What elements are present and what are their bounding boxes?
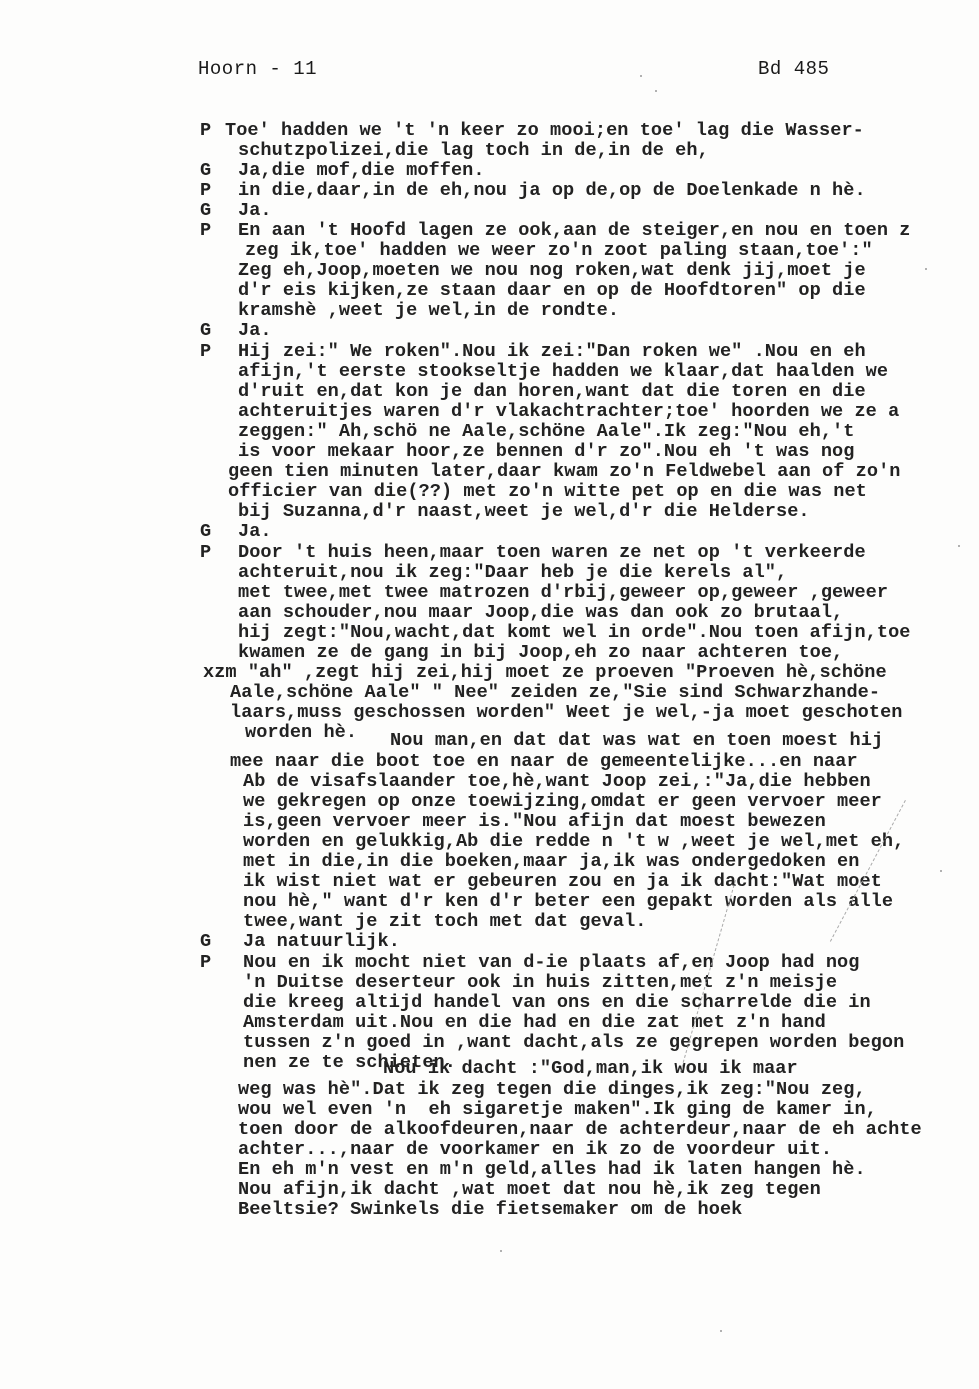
transcript-line: Door 't huis heen,maar toen waren ze net… (238, 543, 866, 563)
transcript-line: Ja. (238, 522, 272, 542)
speaker-marker: P (200, 221, 211, 241)
transcript-line: tussen z'n goed in ,want dacht,als ze ge… (243, 1033, 904, 1053)
transcript-line: geen tien minuten later,daar kwam zo'n F… (228, 462, 900, 482)
transcript-line: Zeg eh,Joop,moeten we nou nog roken,wat … (238, 261, 866, 281)
transcript-line: aan schouder,nou maar Joop,die was dan o… (238, 603, 843, 623)
transcript-line: Ja. (238, 321, 272, 341)
transcript-line: d'r eis kijken,ze staan daar en op de Ho… (238, 281, 866, 301)
transcript-line: kramshè ,weet je wel,in de rondte. (238, 301, 619, 321)
speaker-marker: G (200, 201, 211, 221)
transcript-line: is,geen vervoer meer is."Nou afijn dat m… (243, 812, 826, 832)
transcript-line: 'n Duitse deserteur ook in huis zitten,m… (243, 973, 837, 993)
transcript-line: laars,muss geschossen worden" Weet je we… (230, 703, 902, 723)
transcript-line: xzm "ah" ,zegt hij zei,hij moet ze proev… (203, 663, 887, 683)
speaker-marker: P (200, 342, 211, 362)
transcript-line: achter...,naar de voorkamer en ik zo de … (238, 1140, 832, 1160)
transcript-line: nou hè," want d'r ken d'r beter een gepa… (243, 892, 893, 912)
transcript-line: worden en gelukkig,Ab die redde n 't w ,… (243, 832, 904, 852)
transcript-line: zeggen:" Ah,schö ne Aale,schöne Aale".Ik… (238, 422, 854, 442)
transcript-line: achteruit,nou ik zeg:"Daar heb je die ke… (238, 563, 787, 583)
transcript-line: in die,daar,in de eh,nou ja op de,op de … (238, 181, 866, 201)
speaker-marker: P (200, 121, 211, 141)
transcript-line: hij zegt:"Nou,wacht,dat komt wel in orde… (238, 623, 910, 643)
transcript-line: Nou man,en dat dat was wat en toen moest… (390, 731, 883, 751)
speaker-marker: P (200, 181, 211, 201)
transcript-line: Nou en ik mocht niet van d-ie plaats af,… (243, 953, 859, 973)
speaker-marker: P (200, 953, 211, 973)
typewritten-transcript-page: Hoorn - 11 Bd 485 PGPGPGPGPGP Toe' hadde… (0, 0, 979, 1389)
transcript-line: Ab de visafslaander toe,hè,want Joop zei… (243, 772, 871, 792)
transcript-line: toen door de alkoofdeuren,naar de achter… (238, 1120, 922, 1140)
transcript-line: Ja natuurlijk. (243, 932, 400, 952)
page-header-reference: Bd 485 (758, 58, 829, 80)
transcript-line: worden hè. (245, 723, 357, 743)
transcript-line: Hij zei:" We roken".Nou ik zei:"Dan roke… (238, 342, 866, 362)
transcript-line: ik wist niet wat er gebeuren zou en ja i… (243, 872, 882, 892)
transcript-line: Amsterdam uit.Nou en die had en die zat … (243, 1013, 826, 1033)
transcript-line: weg was hè".Dat ik zeg tegen die dinges,… (238, 1080, 866, 1100)
transcript-line: Nou ik dacht :"God,man,ik wou ik maar (383, 1059, 798, 1079)
speaker-marker: G (200, 522, 211, 542)
transcript-line: schutzpolizei,die lag toch in de,in de e… (238, 141, 709, 161)
transcript-line: met twee,met twee matrozen d'rbij,geweer… (238, 583, 888, 603)
transcript-line: Nou afijn,ik dacht ,wat moet dat nou hè,… (238, 1180, 821, 1200)
scan-speck (925, 268, 927, 270)
transcript-line: met in die,in die boeken,maar ja,ik was … (243, 852, 859, 872)
transcript-line: Ja. (238, 201, 272, 221)
scan-speck (720, 1330, 722, 1332)
transcript-line: is voor mekaar hoor,ze bennen d'r zo".No… (238, 442, 854, 462)
transcript-line: En aan 't Hoofd lagen ze ook,aan de stei… (238, 221, 910, 241)
transcript-line: achteruitjes waren d'r vlakachtrachter;t… (238, 402, 899, 422)
transcript-line: Aale,schöne Aale" " Nee" zeiden ze,"Sie … (230, 683, 880, 703)
scan-speck (940, 870, 942, 872)
transcript-line: Ja,die mof,die moffen. (238, 161, 485, 181)
scan-speck (640, 75, 642, 77)
transcript-line: Toe' hadden we 't 'n keer zo mooi;en toe… (225, 121, 864, 141)
scan-speck (655, 90, 657, 92)
transcript-line: En eh m'n vest en m'n geld,alles had ik … (238, 1160, 866, 1180)
transcript-line: mee naar die boot toe en naar de gemeent… (230, 752, 858, 772)
speaker-marker: G (200, 321, 211, 341)
transcript-line: wou wel even 'n eh sigaretje maken".Ik g… (238, 1100, 877, 1120)
transcript-line: zeg ik,toe' hadden we weer zo'n zoot pal… (245, 241, 873, 261)
transcript-line: die kreeg altijd handel van ons en die s… (243, 993, 871, 1013)
speaker-marker: G (200, 161, 211, 181)
speaker-marker: G (200, 932, 211, 952)
transcript-line: afijn,'t eerste stookseltje hadden we kl… (238, 362, 888, 382)
scan-speck (958, 545, 960, 547)
scan-speck (500, 1250, 502, 1252)
page-header-location: Hoorn - 11 (198, 58, 317, 80)
transcript-line: Beeltsie? Swinkels die fietsemaker om de… (238, 1200, 742, 1220)
speaker-marker: P (200, 543, 211, 563)
transcript-line: bij Suzanna,d'r naast,weet je wel,d'r di… (238, 502, 810, 522)
transcript-line: officier van die(??) met zo'n witte pet … (228, 482, 867, 502)
transcript-line: kwamen ze de gang in bij Joop,eh zo naar… (238, 643, 843, 663)
transcript-line: d'ruit en,dat kon je dan horen,want dat … (238, 382, 866, 402)
transcript-line: twee,want je zit toch met dat geval. (243, 912, 647, 932)
transcript-line: we gekregen op onze toewijzing,omdat er … (243, 792, 882, 812)
